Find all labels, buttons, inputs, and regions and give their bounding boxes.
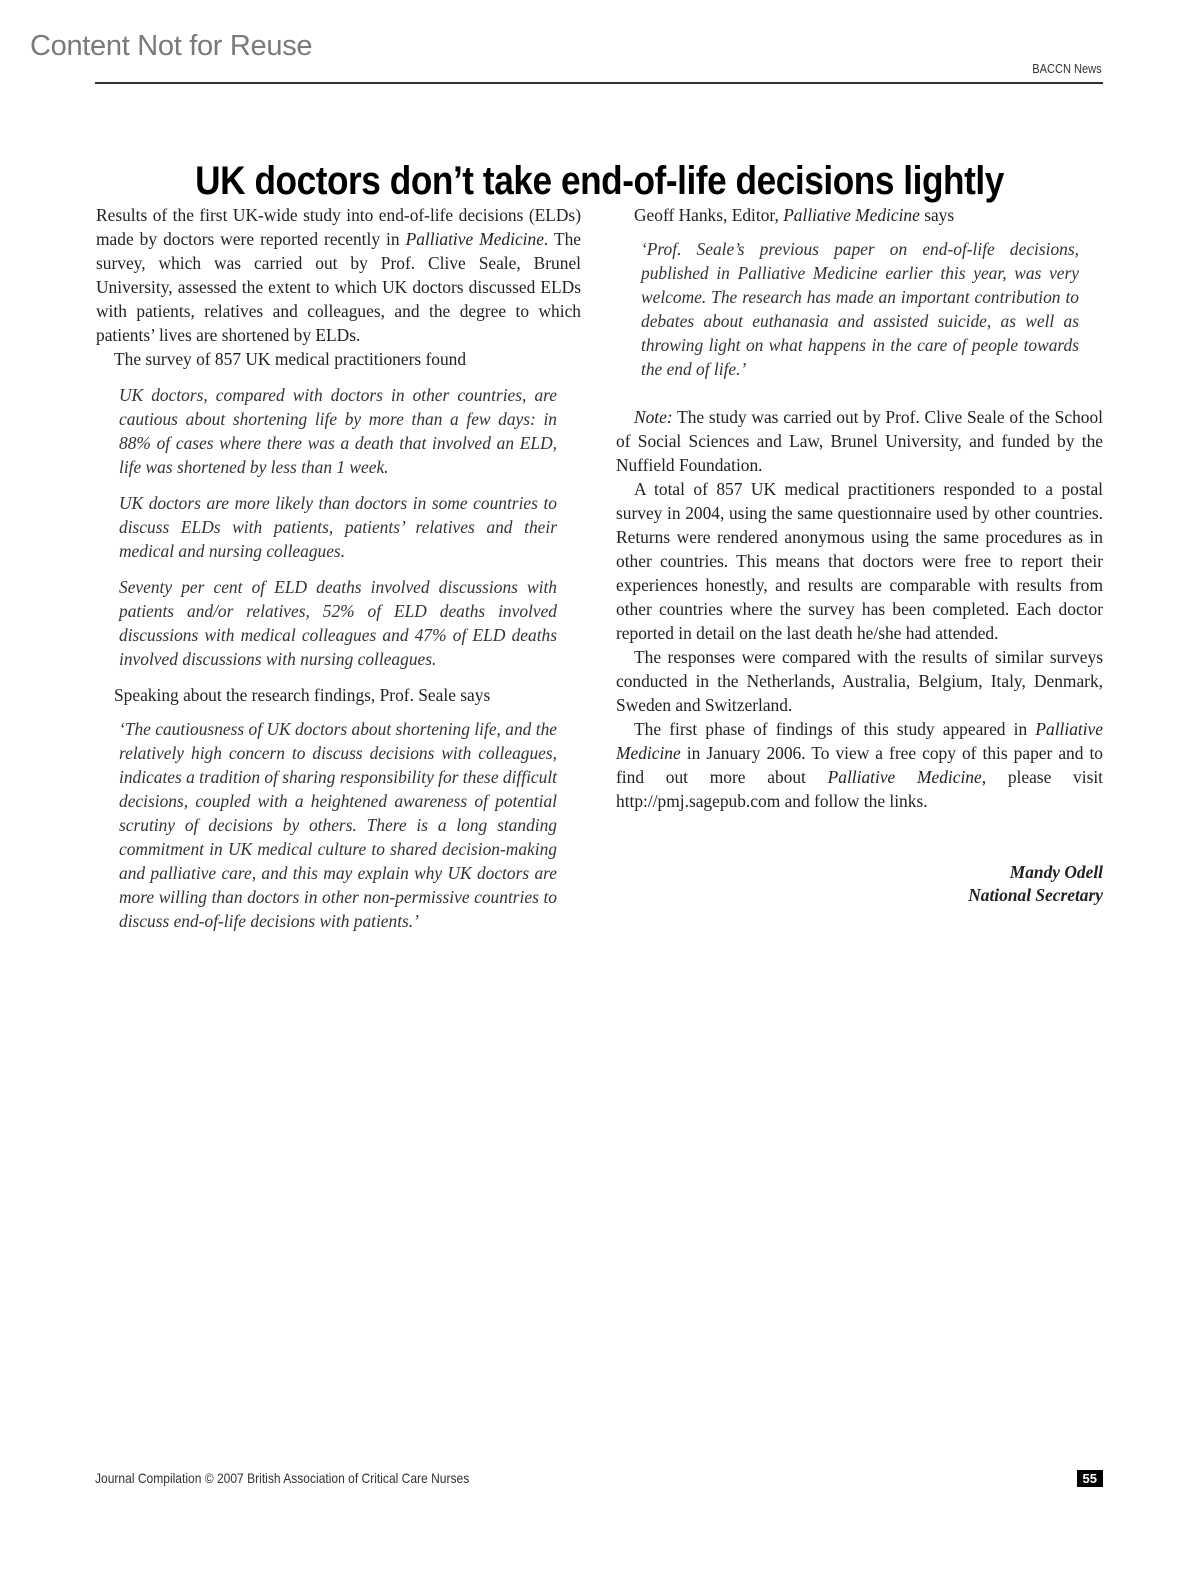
finding-item: UK doctors are more likely than doctors … [119,491,557,563]
hanks-lead-says: says [920,205,954,225]
hanks-lead: Geoff Hanks, Editor, Palliative Medicine… [616,203,1103,227]
finding-item: Seventy per cent of ELD deaths involved … [119,575,557,671]
left-column: Results of the first UK-wide study into … [96,203,581,933]
intro-paragraph: Results of the first UK-wide study into … [96,203,581,347]
footer-copyright: Journal Compilation © 2007 British Assoc… [95,1470,469,1486]
phase-text-end: and follow the links. [780,791,927,811]
running-head: BACCN News [1033,61,1102,76]
page-number: 55 [1077,1470,1103,1487]
right-column: Geoff Hanks, Editor, Palliative Medicine… [616,203,1103,907]
phase-paragraph: The first phase of findings of this stud… [616,717,1103,813]
seale-quote: ‘The cautiousness of UK doctors about sh… [119,717,557,933]
finding-item: UK doctors, compared with doctors in oth… [119,383,557,479]
responses-paragraph: The responses were compared with the res… [616,645,1103,717]
phase-text: The first phase of findings of this stud… [634,719,1035,739]
article-title: UK doctors don’t take end-of-life decisi… [0,159,1200,204]
hanks-lead-text: Geoff Hanks, Editor, [634,205,783,225]
signature-name: Mandy Odell [616,861,1103,884]
journal-name: Palliative Medicine [406,229,544,249]
signature: Mandy Odell National Secretary [616,861,1103,907]
note-text: The study was carried out by Prof. Clive… [616,407,1103,475]
signature-role: National Secretary [616,884,1103,907]
article-title-text: UK doctors don’t take end-of-life decisi… [196,159,1005,204]
journal-url-link[interactable]: http://pmj.sagepub.com [616,791,780,811]
survey-lead: The survey of 857 UK medical practitione… [96,347,581,371]
hanks-quote: ‘Prof. Seale’s previous paper on end-of-… [641,237,1079,381]
journal-name: Palliative Medicine [828,767,982,787]
journal-name: Palliative Medicine [783,205,920,225]
note-paragraph: Note: The study was carried out by Prof.… [616,405,1103,477]
total-paragraph: A total of 857 UK medical practitioners … [616,477,1103,645]
note-label: Note: [634,407,673,427]
phase-text-cont: , please visit [982,767,1103,787]
watermark: Content Not for Reuse [30,30,312,63]
seale-lead: Speaking about the research findings, Pr… [96,683,581,707]
header-rule [95,82,1103,84]
